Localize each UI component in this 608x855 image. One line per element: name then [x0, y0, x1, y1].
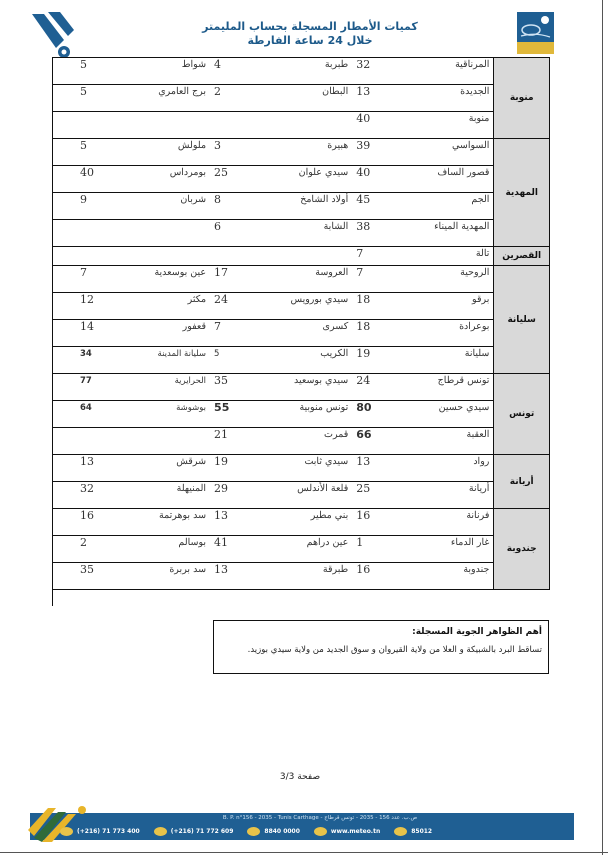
phenomena-title: أهم الظواهر الجوية المسجلة: [220, 627, 542, 637]
rainfall-value: 55 [210, 401, 278, 428]
contact-phone: (+216) 71 772 609 [154, 827, 234, 836]
rainfall-value: 24 [210, 293, 278, 320]
contact-hotline: 8840 0000 [247, 827, 300, 836]
station-cell: فرنانة [386, 509, 494, 536]
table-row: المهدية السواسي 39 هبيرة 3 ملولش 5 [52, 139, 550, 166]
table-row: المهدية الميناء 38 الشابة 6 [52, 220, 550, 247]
rainfall-value: 25 [210, 166, 278, 193]
table-row: أريانة 25 قلعة الأندلس 29 المنيهلة 32 [52, 482, 550, 509]
station-cell: برج العامري [137, 85, 210, 112]
table-row: قصور الساف 40 سيدي علوان 25 بومرداس 40 [52, 166, 550, 193]
document-title: كميات الأمطار المسجلة بحساب المليمتر خلا… [160, 20, 460, 48]
station-cell: غار الدماء [386, 536, 494, 563]
rainfall-value: 18 [352, 293, 386, 320]
station-cell: بوعرادة [386, 320, 494, 347]
station-cell: العقبة [386, 428, 494, 455]
phone-icon [154, 827, 167, 836]
station-cell: الحرايرية [137, 374, 210, 401]
station-cell [278, 112, 352, 139]
fax-icon [60, 827, 73, 836]
sms-icon [394, 827, 407, 836]
table-row: منوبة المرناقية 32 طبربة 4 شواط 5 [52, 58, 550, 85]
station-cell: الشابة [278, 220, 352, 247]
page-border-right [602, 0, 603, 855]
rainfall-value: 66 [352, 428, 386, 455]
station-cell: كسرى [278, 320, 352, 347]
meteo-institute-logo-icon [517, 12, 554, 54]
rainfall-value: 16 [352, 509, 386, 536]
station-cell: تونس منوبية [278, 401, 352, 428]
rainfall-value: 35 [210, 374, 278, 401]
station-cell: تالة [386, 247, 494, 266]
rainfall-value: 3 [210, 139, 278, 166]
rainfall-value: 1 [352, 536, 386, 563]
web-icon [314, 827, 327, 836]
governorate-cell: منوبة [494, 58, 550, 139]
station-cell: أريانة [386, 482, 494, 509]
station-cell: طبرقة [278, 563, 352, 590]
station-cell: هبيرة [278, 139, 352, 166]
rainfall-value: 34 [52, 347, 137, 374]
station-cell: قعفور [137, 320, 210, 347]
governorate-cell: أريانة [494, 455, 550, 509]
rainfall-value: 19 [210, 455, 278, 482]
station-cell: عين دراهم [278, 536, 352, 563]
station-cell: الجم [386, 193, 494, 220]
station-cell [137, 112, 210, 139]
rainfall-value: 40 [352, 166, 386, 193]
rainfall-value: 38 [352, 220, 386, 247]
table-row: بوعرادة 18 كسرى 7 قعفور 14 [52, 320, 550, 347]
rainfall-value: 32 [352, 58, 386, 85]
contact-sms: 85012 [394, 827, 432, 836]
page-number: صفحة 3/3 [250, 772, 350, 782]
governorate-cell: تونس [494, 374, 550, 455]
rainfall-value: 40 [352, 112, 386, 139]
station-cell: المرناقية [386, 58, 494, 85]
contact-text: 8840 0000 [264, 828, 300, 835]
rainfall-value: 13 [210, 509, 278, 536]
station-cell: سليانة المدينة [137, 347, 210, 374]
station-cell [137, 220, 210, 247]
rainfall-value: 7 [352, 247, 386, 266]
station-cell: شواط [137, 58, 210, 85]
station-cell: منوبة [386, 112, 494, 139]
rainfall-value: 40 [52, 166, 137, 193]
contact-text: 85012 [411, 828, 432, 835]
rainfall-value [52, 428, 137, 455]
station-cell: سيدي ثابت [278, 455, 352, 482]
rainfall-value [52, 112, 137, 139]
rainfall-value: 18 [352, 320, 386, 347]
station-cell: السواسي [386, 139, 494, 166]
station-cell: الجديدة [386, 85, 494, 112]
station-cell: الروحية [386, 266, 494, 293]
rainfall-value: 13 [352, 455, 386, 482]
contact-text[interactable]: www.meteo.tn [331, 828, 380, 835]
stripes-logo-icon [30, 8, 78, 60]
footer-address: B. P. n°156 - 2035 - Tunis Carthage - ص.… [120, 814, 520, 822]
weather-phenomena-box: أهم الظواهر الجوية المسجلة: تساقط البرد … [213, 620, 549, 674]
rainfall-value: 4 [210, 58, 278, 85]
station-cell: الكريب [278, 347, 352, 374]
rainfall-value: 21 [210, 428, 278, 455]
station-cell: رواد [386, 455, 494, 482]
rainfall-value [52, 247, 137, 266]
contact-web[interactable]: www.meteo.tn [314, 827, 380, 836]
rainfall-value: 16 [52, 509, 137, 536]
rainfall-value: 9 [52, 193, 137, 220]
rainfall-value [210, 247, 278, 266]
governorate-cell: سليانة [494, 266, 550, 374]
station-cell: طبربة [278, 58, 352, 85]
station-cell [137, 428, 210, 455]
rainfall-value: 14 [52, 320, 137, 347]
table-row: أريانة رواد 13 سيدي ثابت 19 شرقش 13 [52, 455, 550, 482]
station-cell: ملولش [137, 139, 210, 166]
rainfall-value: 35 [52, 563, 137, 590]
page-border-bottom [0, 852, 608, 853]
station-cell: جندوبة [386, 563, 494, 590]
governorate-cell: جندوبة [494, 509, 550, 590]
rainfall-value: 25 [352, 482, 386, 509]
rainfall-value: 5 [52, 85, 137, 112]
rainfall-value: 45 [352, 193, 386, 220]
rainfall-value: 80 [352, 401, 386, 428]
rainfall-value: 13 [52, 455, 137, 482]
station-cell: عين بوسعدية [137, 266, 210, 293]
station-cell: برقو [386, 293, 494, 320]
rainfall-value: 24 [352, 374, 386, 401]
station-cell: بني مطير [278, 509, 352, 536]
table-row: جندوبة 16 طبرقة 13 سد بربرة 35 [52, 563, 550, 590]
station-cell: سد بوهرتمة [137, 509, 210, 536]
station-cell: العروسة [278, 266, 352, 293]
rainfall-value: 5 [52, 139, 137, 166]
table-row: غار الدماء 1 عين دراهم 41 بوسالم 2 [52, 536, 550, 563]
table-row: سليانة 19 الكريب 5 سليانة المدينة 34 [52, 347, 550, 374]
rainfall-value: 39 [352, 139, 386, 166]
rainfall-value: 32 [52, 482, 137, 509]
footer-contacts: (+216) 71 773 400 (+216) 71 772 609 8840… [60, 825, 580, 837]
rainfall-table: منوبة المرناقية 32 طبربة 4 شواط 5 الجديد… [52, 57, 550, 590]
station-cell: المهدية الميناء [386, 220, 494, 247]
governorate-cell: المهدية [494, 139, 550, 247]
contact-text: (+216) 71 773 400 [77, 828, 140, 835]
station-cell: سيدي حسين [386, 401, 494, 428]
rainfall-value: 41 [210, 536, 278, 563]
rainfall-value: 8 [210, 193, 278, 220]
station-cell: أولاد الشامخ [278, 193, 352, 220]
station-cell: سيدي علوان [278, 166, 352, 193]
rainfall-value: 12 [52, 293, 137, 320]
table-row: تونس تونس قرطاج 24 سيدي بوسعيد 35 الحراي… [52, 374, 550, 401]
rainfall-value: 2 [210, 85, 278, 112]
rainfall-value: 64 [52, 401, 137, 428]
table-row: الجم 45 أولاد الشامخ 8 شربان 9 [52, 193, 550, 220]
rainfall-value [210, 112, 278, 139]
governorate-cell: القصرين [494, 247, 550, 266]
rainfall-value: 13 [352, 85, 386, 112]
rainfall-value: 7 [210, 320, 278, 347]
table-row: القصرين تالة 7 [52, 247, 550, 266]
rainfall-value: 13 [210, 563, 278, 590]
station-cell: المنيهلة [137, 482, 210, 509]
rainfall-value: 29 [210, 482, 278, 509]
table-row: برقو 18 سيدي بورويس 24 مكثر 12 [52, 293, 550, 320]
rainfall-value: 77 [52, 374, 137, 401]
station-cell: بوشوشة [137, 401, 210, 428]
table-row: سليانة الروحية 7 العروسة 17 عين بوسعدية … [52, 266, 550, 293]
station-cell: قلعة الأندلس [278, 482, 352, 509]
station-cell: سيدي بوسعيد [278, 374, 352, 401]
station-cell [137, 247, 210, 266]
table-row: منوبة 40 [52, 112, 550, 139]
station-cell: سد بربرة [137, 563, 210, 590]
station-cell: بوسالم [137, 536, 210, 563]
station-cell: سيدي بورويس [278, 293, 352, 320]
station-cell: بومرداس [137, 166, 210, 193]
rainfall-value: 16 [352, 563, 386, 590]
phenomena-text: تساقط البرد بالشبيكة و العلا من ولاية ال… [220, 645, 542, 655]
table-row: العقبة 66 قمرت 21 [52, 428, 550, 455]
station-cell: قصور الساف [386, 166, 494, 193]
rainfall-value: 7 [352, 266, 386, 293]
title-line-1: كميات الأمطار المسجلة بحساب المليمتر [160, 20, 460, 34]
station-cell: قمرت [278, 428, 352, 455]
hotline-icon [247, 827, 260, 836]
table-row: جندوبة فرنانة 16 بني مطير 13 سد بوهرتمة … [52, 509, 550, 536]
station-cell [278, 247, 352, 266]
rainfall-value: 17 [210, 266, 278, 293]
station-cell: مكثر [137, 293, 210, 320]
rainfall-value: 6 [210, 220, 278, 247]
station-cell: شرقش [137, 455, 210, 482]
rainfall-value: 7 [52, 266, 137, 293]
rainfall-value: 5 [52, 58, 137, 85]
rainfall-value: 5 [210, 347, 278, 374]
rainfall-value [52, 220, 137, 247]
table-row: سيدي حسين 80 تونس منوبية 55 بوشوشة 64 [52, 401, 550, 428]
contact-text: (+216) 71 772 609 [171, 828, 234, 835]
station-cell: البطان [278, 85, 352, 112]
station-cell: تونس قرطاج [386, 374, 494, 401]
contact-fax: (+216) 71 773 400 [60, 827, 140, 836]
station-cell: شربان [137, 193, 210, 220]
station-cell: سليانة [386, 347, 494, 374]
rainfall-value: 2 [52, 536, 137, 563]
rainfall-value: 19 [352, 347, 386, 374]
title-line-2: خلال 24 ساعة الفارطة [160, 34, 460, 48]
table-row: الجديدة 13 البطان 2 برج العامري 5 [52, 85, 550, 112]
